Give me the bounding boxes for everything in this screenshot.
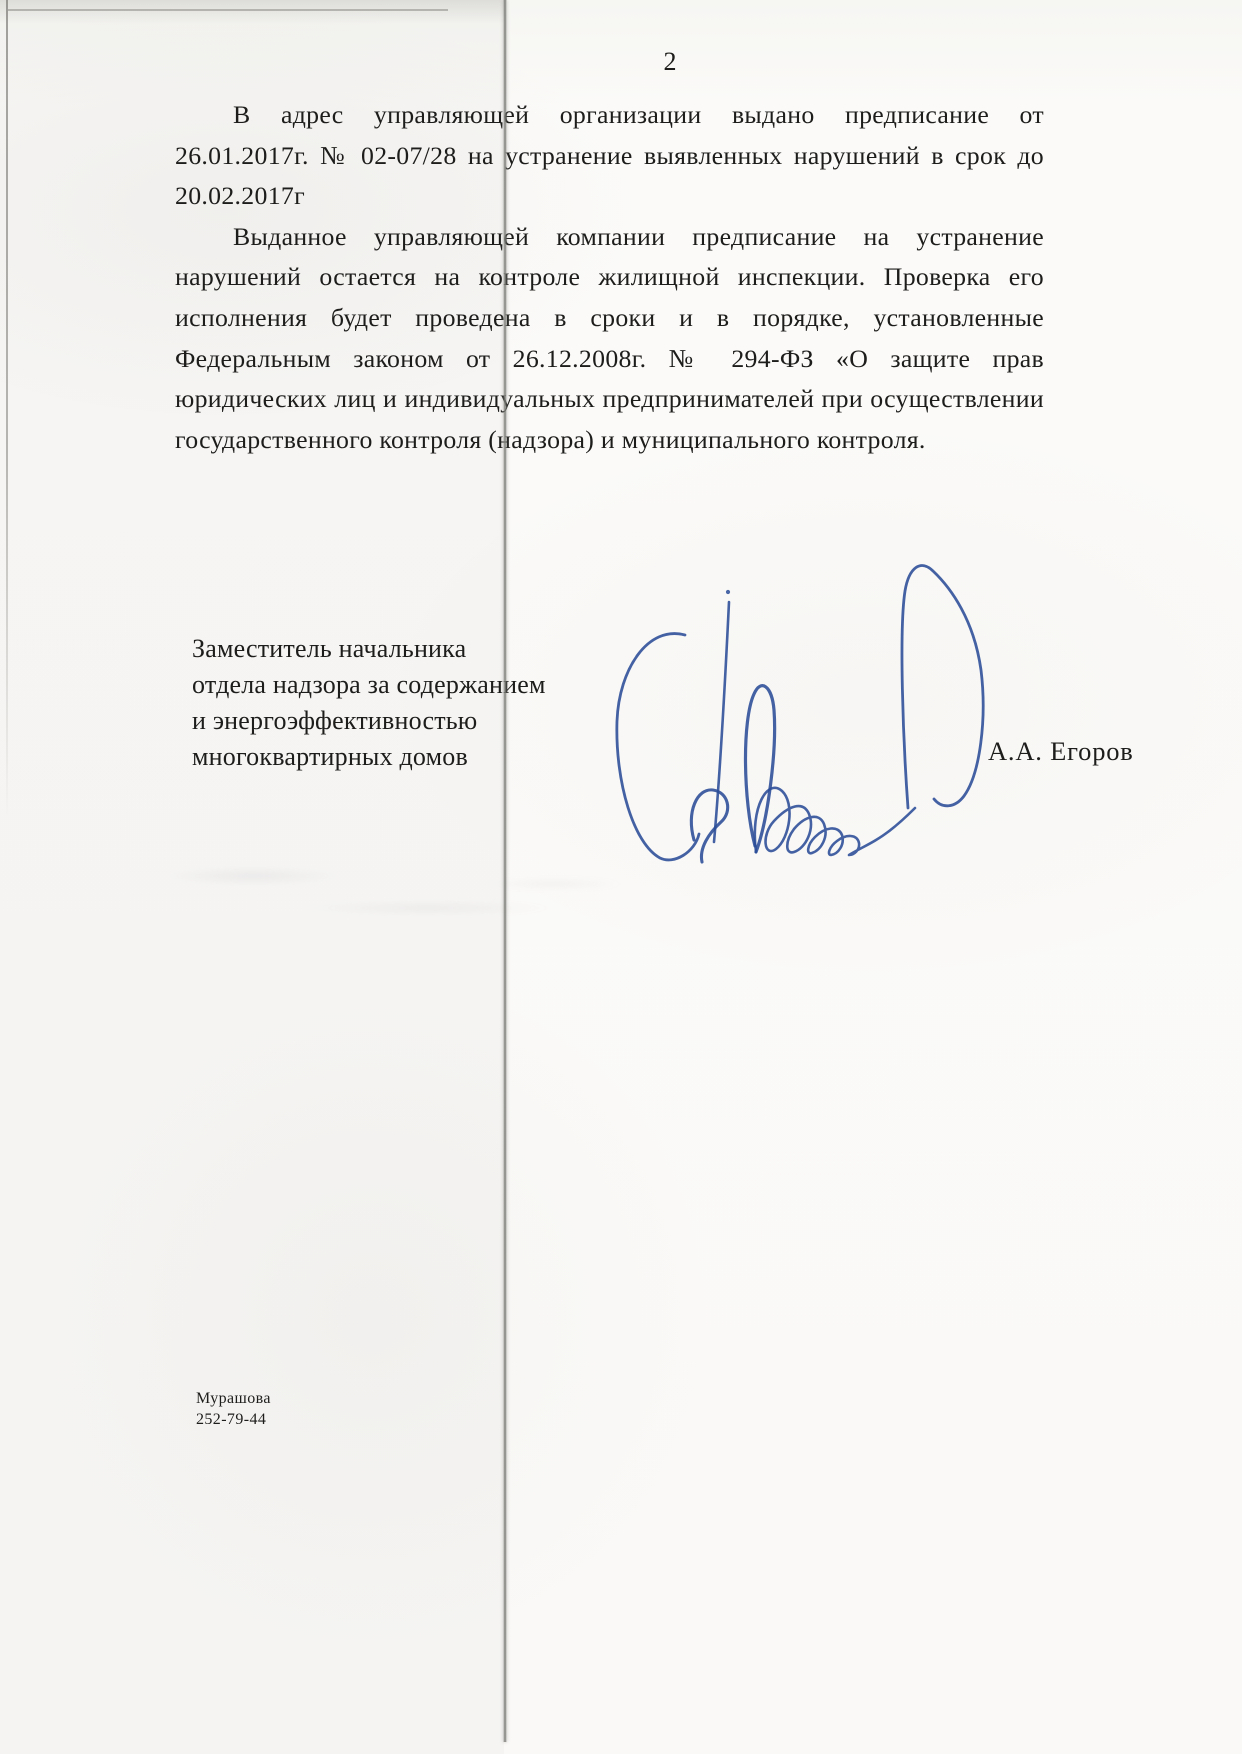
signatory-position-title: Заместитель начальника отдела надзора за…	[192, 631, 552, 775]
paragraph1-line-2: 26.01.2017г. № 02-07/28 на устранение вы…	[175, 136, 1044, 177]
document-body: В адрес управляющей организации выдано п…	[175, 95, 1044, 460]
paragraph2-line-1: Выданное управляющей компании предписани…	[175, 217, 1044, 258]
executor-phone: 252-79-44	[196, 1409, 271, 1430]
paragraph1-line-3: 20.02.2017г	[175, 176, 1044, 217]
signature-stroke-loop-train	[755, 788, 915, 855]
paragraph2-line-4: Федеральным законом от 26.12.2008г. № 29…	[175, 339, 1044, 380]
signatory-title-line-3: и энергоэффективностью	[192, 703, 552, 739]
executor-info: Мурашова 252-79-44	[196, 1388, 271, 1430]
page-number: 2	[600, 47, 740, 77]
paragraph2-line-6: государственного контроля (надзора) и му…	[175, 420, 1044, 461]
paragraph2-line-5: юридических лиц и индивидуальных предпри…	[175, 379, 1044, 420]
scan-bleedthrough-smudge	[168, 852, 638, 932]
paragraph2-line-3: исполнения будет проведена в сроки и в п…	[175, 298, 1044, 339]
scan-top-edge-line-artifact	[8, 9, 448, 11]
signatory-title-line-4: многоквартирных домов	[192, 739, 552, 775]
signature-pen-dot	[726, 590, 730, 594]
signatory-title-line-2: отдела надзора за содержанием	[192, 667, 552, 703]
signatory-title-line-1: Заместитель начальника	[192, 631, 552, 667]
signature-stroke-small-loop	[691, 790, 727, 862]
signature-stroke-left-loop	[617, 634, 699, 860]
scan-fold-crease-line	[503, 0, 507, 1742]
paragraph2-line-2: нарушений остается на контроле жилищной …	[175, 257, 1044, 298]
executor-name: Мурашова	[196, 1388, 271, 1409]
handwritten-signature-ink	[598, 478, 1018, 873]
scan-left-edge-line-artifact	[6, 0, 8, 820]
signature-stroke-right-dome	[902, 565, 983, 808]
scan-top-shadow-artifact	[0, 0, 505, 24]
paragraph1-line-1: В адрес управляющей организации выдано п…	[175, 95, 1044, 136]
scanned-document-page: 2 В адрес управляющей организации выдано…	[0, 0, 1242, 1754]
